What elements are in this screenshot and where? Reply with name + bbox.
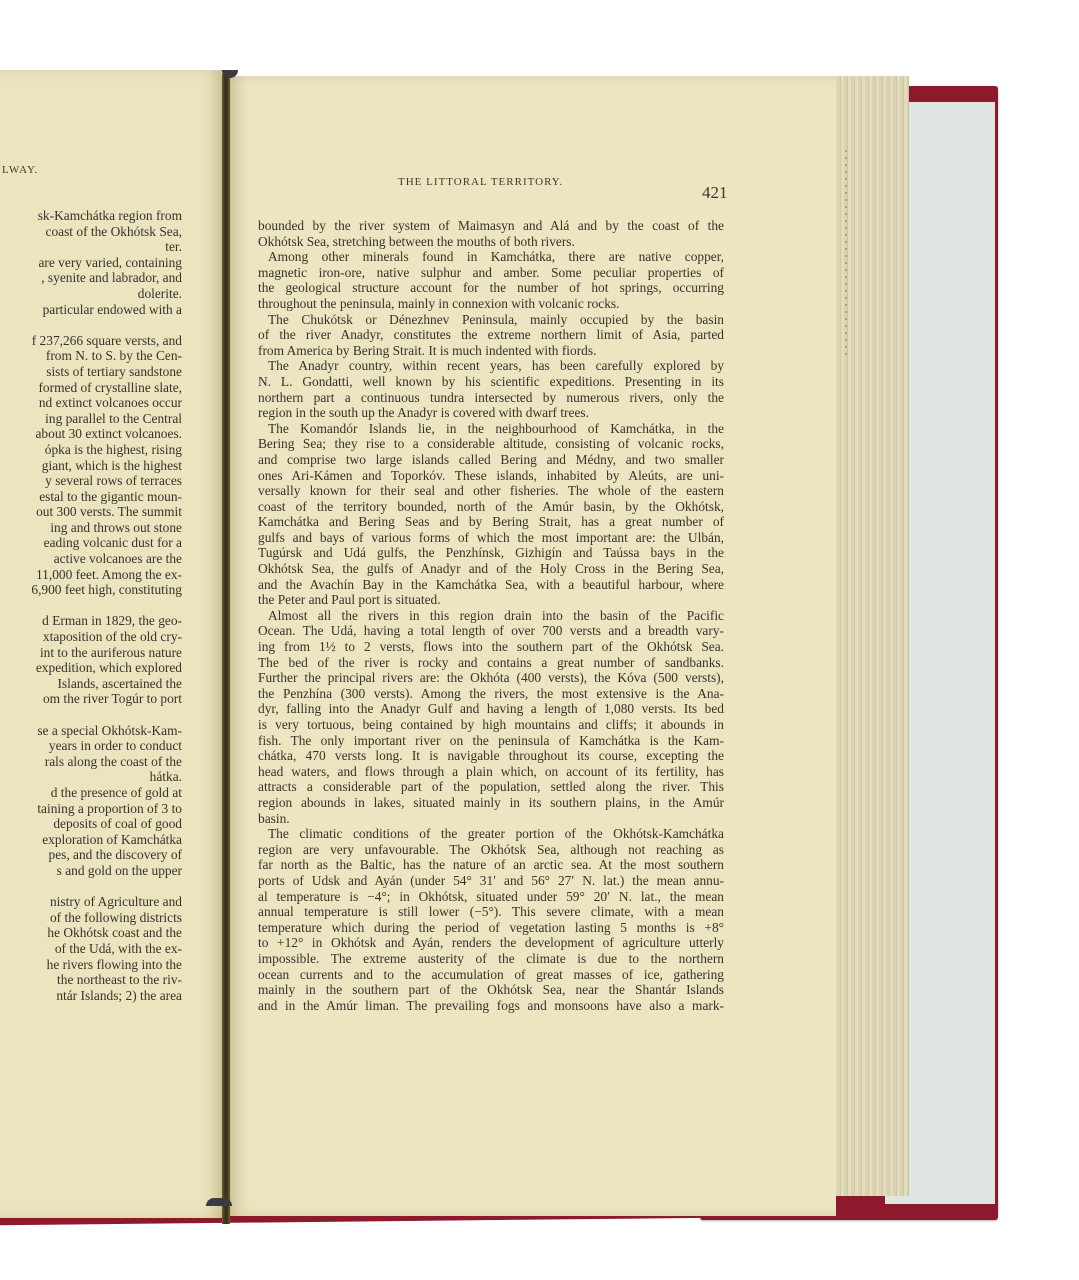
text-line: The climatic conditions of the greater p…	[258, 826, 724, 842]
page-edge-marks	[845, 150, 847, 360]
text-line: the northeast to the riv-	[0, 972, 182, 988]
text-line: d Erman in 1829, the geo-	[0, 613, 182, 629]
right-running-head: THE LITTORAL TERRITORY.	[398, 176, 563, 188]
text-line: to +12° in Okhótsk and Ayán, renders the…	[258, 935, 724, 951]
text-line: he Okhótsk coast and the	[0, 925, 182, 941]
text-line: out 300 versts. The summit	[0, 504, 182, 520]
text-line: al temperature is −4°; in Okhótsk, situa…	[258, 889, 724, 905]
text-line: chátka, 470 versts long. It is navigable…	[258, 748, 724, 764]
text-line: of the river Anadyr, constitutes the ext…	[258, 327, 724, 343]
text-line: he rivers flowing into the	[0, 957, 182, 973]
text-line: impossible. The extreme austerity of the…	[258, 951, 724, 967]
text-line: temperature which during the period of v…	[258, 920, 724, 936]
text-line: coast of the territory bounded, north of…	[258, 499, 724, 515]
text-line: ports of Udsk and Ayán (under 54° 31′ an…	[258, 873, 724, 889]
text-line: d the presence of gold at	[0, 785, 182, 801]
text-line: formed of crystalline slate,	[0, 380, 182, 396]
text-line: giant, which is the highest	[0, 458, 182, 474]
text-line: Islands, ascertained the	[0, 676, 182, 692]
text-line: deposits of coal of good	[0, 816, 182, 832]
text-line: ntár Islands; 2) the area	[0, 988, 182, 1004]
text-line: the Penzhína (300 versts). Among the riv…	[258, 686, 724, 702]
text-line: eading volcanic dust for a	[0, 535, 182, 551]
text-line: ing from 1½ to 2 versts, flows into the …	[258, 639, 724, 655]
text-line: The Komandór Islands lie, in the neighbo…	[258, 421, 724, 437]
text-line: bounded by the river system of Maimasyn …	[258, 218, 724, 234]
text-line: sk-Kamchátka region from	[0, 208, 182, 224]
left-page-text: sk-Kamchátka region fromcoast of the Okh…	[0, 208, 182, 1003]
text-line: ter.	[0, 239, 182, 255]
text-line: int to the auriferous nature	[0, 645, 182, 661]
text-line: xtaposition of the old cry-	[0, 629, 182, 645]
text-line: region in the south up the Anadyr is cov…	[258, 405, 724, 421]
text-line: The Chukótsk or Dénezhnev Peninsula, mai…	[258, 312, 724, 328]
text-line: Almost all the rivers in this region dra…	[258, 608, 724, 624]
text-line: rals along the coast of the	[0, 754, 182, 770]
text-line: ing and throws out stone	[0, 520, 182, 536]
page-block-edges	[830, 76, 909, 1196]
text-line: om the river Togúr to port	[0, 691, 182, 707]
text-line: basin.	[258, 811, 724, 827]
text-line: are very varied, containing	[0, 255, 182, 271]
text-line: The Anadyr country, within recent years,…	[258, 358, 724, 374]
text-line	[0, 317, 182, 333]
text-line: the geological structure account for the…	[258, 280, 724, 296]
text-line: 6,900 feet high, constituting	[0, 582, 182, 598]
text-line: throughout the peninsula, mainly in conn…	[258, 296, 724, 312]
text-line: and in the Amúr liman. The prevailing fo…	[258, 998, 724, 1014]
text-line: is very tortuous, being contained by hig…	[258, 717, 724, 733]
text-line: ópka is the highest, rising	[0, 442, 182, 458]
text-line: attracts a considerable part of the popu…	[258, 779, 724, 795]
text-line: ones Ari-Kámen and Toporkóv. These islan…	[258, 468, 724, 484]
text-line: of the following districts	[0, 910, 182, 926]
text-line: northern part a continuous tundra inters…	[258, 390, 724, 406]
text-line: about 30 extinct volcanoes.	[0, 426, 182, 442]
text-line: y several rows of terraces	[0, 473, 182, 489]
text-line: estal to the gigantic moun-	[0, 489, 182, 505]
text-line: nistry of Agriculture and	[0, 894, 182, 910]
page-number: 421	[702, 183, 728, 203]
text-line: annual temperature is still lower (−5°).…	[258, 904, 724, 920]
text-line: dyr, falling into the Anadyr Gulf and ha…	[258, 701, 724, 717]
text-line	[0, 879, 182, 895]
text-line: 11,000 feet. Among the ex-	[0, 567, 182, 583]
text-line	[0, 707, 182, 723]
text-line: the Peter and Paul port is situated.	[258, 592, 724, 608]
text-line: of the Udá, with the ex-	[0, 941, 182, 957]
text-line: Bering Sea; they rise to a considerable …	[258, 436, 724, 452]
text-line: region abounds in lakes, situated mainly…	[258, 795, 724, 811]
text-line: active volcanoes are the	[0, 551, 182, 567]
text-line: taining a proportion of 3 to	[0, 801, 182, 817]
text-line	[0, 598, 182, 614]
text-line: and comprise two large islands called Be…	[258, 452, 724, 468]
text-line: mainly in the southern part of the Okhót…	[258, 982, 724, 998]
text-line: pes, and the discovery of	[0, 847, 182, 863]
text-line: versally known for their seal and other …	[258, 483, 724, 499]
text-line: coast of the Okhótsk Sea,	[0, 224, 182, 240]
text-line: exploration of Kamchátka	[0, 832, 182, 848]
text-line: region are very unfavourable. The Okhóts…	[258, 842, 724, 858]
text-line: nd extinct volcanoes occur	[0, 395, 182, 411]
text-line: Further the principal rivers are: the Ok…	[258, 670, 724, 686]
left-running-head: LWAY.	[2, 164, 38, 176]
text-line: The bed of the river is rocky and contai…	[258, 655, 724, 671]
text-line: expedition, which explored	[0, 660, 182, 676]
text-line: particular endowed with a	[0, 302, 182, 318]
text-line: Tugúrsk and Udá gulfs, the Penzhínsk, Gi…	[258, 545, 724, 561]
text-line: Okhótsk Sea, stretching between the mout…	[258, 234, 724, 250]
text-line: Okhótsk Sea, the gulfs of Anadyr and of …	[258, 561, 724, 577]
text-line: sists of tertiary sandstone	[0, 364, 182, 380]
spine-bottom	[206, 1198, 232, 1206]
text-line: Ocean. The Udá, having a total length of…	[258, 623, 724, 639]
text-line: from N. to S. by the Cen-	[0, 348, 182, 364]
text-line: far north as the Baltic, has the nature …	[258, 857, 724, 873]
text-line: f 237,266 square versts, and	[0, 333, 182, 349]
text-line: fish. The only important river on the pe…	[258, 733, 724, 749]
right-page-text: bounded by the river system of Maimasyn …	[258, 218, 724, 1013]
text-line: s and gold on the upper	[0, 863, 182, 879]
text-line: hátka.	[0, 769, 182, 785]
text-line: head waters, and flows through a plain w…	[258, 764, 724, 780]
text-line: from America by Bering Strait. It is muc…	[258, 343, 724, 359]
text-line: N. L. Gondatti, well known by his scient…	[258, 374, 724, 390]
text-line: years in order to conduct	[0, 738, 182, 754]
text-line: dolerite.	[0, 286, 182, 302]
text-line: Kamchátka and Bering Seas and by Bering …	[258, 514, 724, 530]
text-line: magnetic iron-ore, native sulphur and am…	[258, 265, 724, 281]
text-line: ing parallel to the Central	[0, 411, 182, 427]
text-line: gulfs and bays of various forms of which…	[258, 530, 724, 546]
book-gutter	[222, 74, 230, 1224]
text-line: Among other minerals found in Kamchátka,…	[258, 249, 724, 265]
text-line: ocean currents and to the accumulation o…	[258, 967, 724, 983]
text-line: and the Avachín Bay in the Kamchátka Sea…	[258, 577, 724, 593]
text-line: se a special Okhótsk-Kam-	[0, 723, 182, 739]
text-line: , syenite and labrador, and	[0, 270, 182, 286]
